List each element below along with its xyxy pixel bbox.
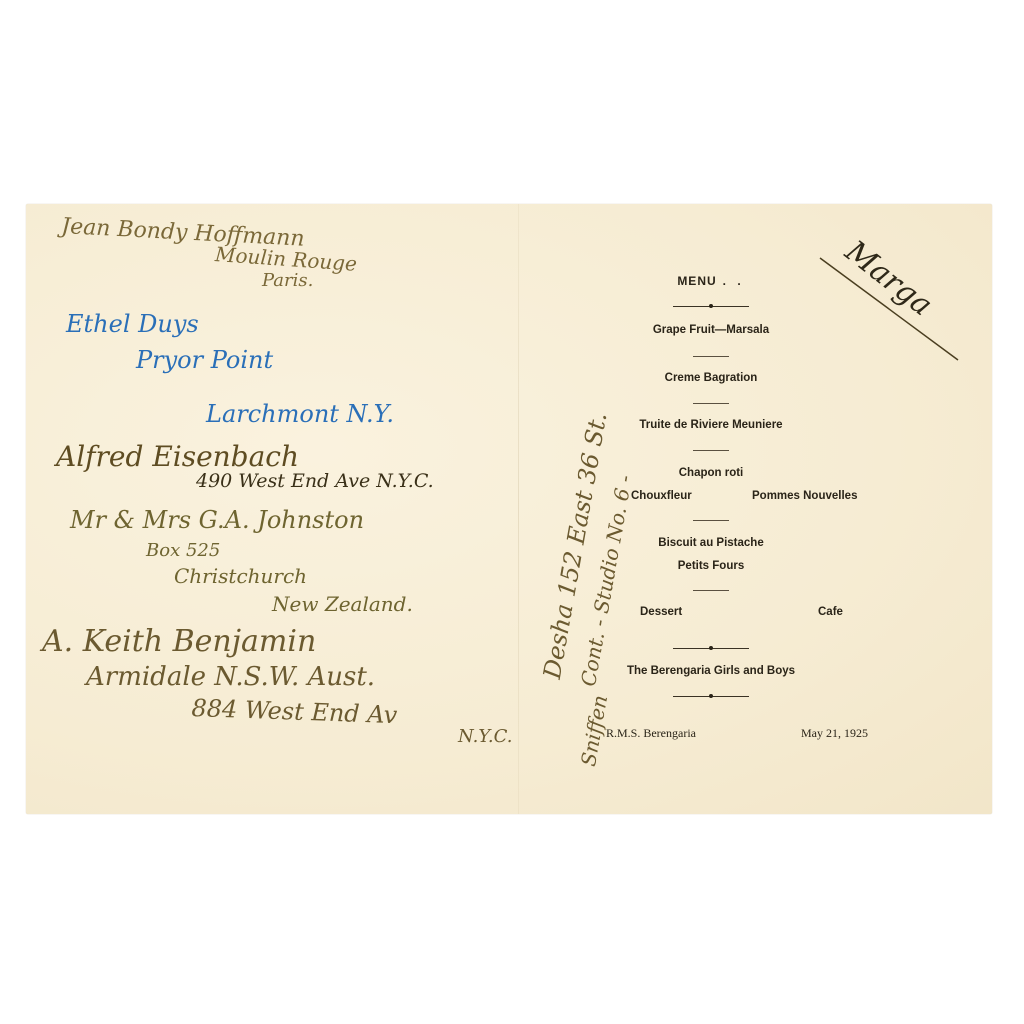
signature-benjamin-line3: 884 West End Av (191, 694, 398, 729)
course-chapon: Chapon roti (586, 467, 836, 479)
signature-johnston: Mr & Mrs G.A. Johnston (70, 506, 364, 534)
ornament-divider (673, 696, 749, 697)
signature-benjamin-line2: Armidale N.S.W. Aust. (86, 662, 375, 692)
divider (693, 403, 729, 404)
divider (693, 590, 729, 591)
signature-hoffmann-line3: Paris. (262, 270, 313, 291)
dessert-petits-fours: Petits Fours (586, 560, 836, 572)
course-creme: Creme Bagration (586, 372, 836, 384)
course-grapefruit: Grape Fruit—Marsala (586, 324, 836, 336)
signature-duys-line2: Pryor Point (136, 346, 273, 374)
menu-date: May 21, 1925 (801, 726, 868, 741)
signature-johnston-line4: New Zealand. (272, 592, 413, 616)
menu-title: MENU. . (586, 274, 836, 288)
marga-flourish (816, 244, 966, 364)
ornament-divider (673, 306, 749, 307)
course-truite: Truite de Riviere Meuniere (586, 419, 836, 431)
ship-name: R.M.S. Berengaria (606, 726, 696, 741)
divider (693, 356, 729, 357)
signature-benjamin: A. Keith Benjamin (42, 624, 316, 659)
signature-eisenbach: Alfred Eisenbach (56, 440, 299, 473)
final-dessert: Dessert (640, 606, 682, 618)
side-pommes: Pommes Nouvelles (752, 490, 857, 502)
signature-duys-line3: Larchmont N.Y. (206, 400, 394, 428)
menu-card: Jean Bondy Hoffmann Moulin Rouge Paris. … (26, 204, 992, 814)
side-chouxfleur: Chouxfleur (631, 490, 692, 502)
divider (693, 450, 729, 451)
signature-eisenbach-address: 490 West End Ave N.Y.C. (196, 470, 434, 492)
final-cafe: Cafe (818, 606, 843, 618)
dessert-biscuit: Biscuit au Pistache (586, 537, 836, 549)
signature-johnston-line3: Christchurch (174, 564, 307, 588)
signature-benjamin-line4: N.Y.C. (458, 726, 512, 747)
ornament-divider (673, 648, 749, 649)
fold-line (518, 204, 519, 814)
signature-johnston-line2: Box 525 (146, 540, 220, 561)
signature-duys: Ethel Duys (66, 310, 199, 338)
dedication: The Berengaria Girls and Boys (586, 665, 836, 677)
divider (693, 520, 729, 521)
